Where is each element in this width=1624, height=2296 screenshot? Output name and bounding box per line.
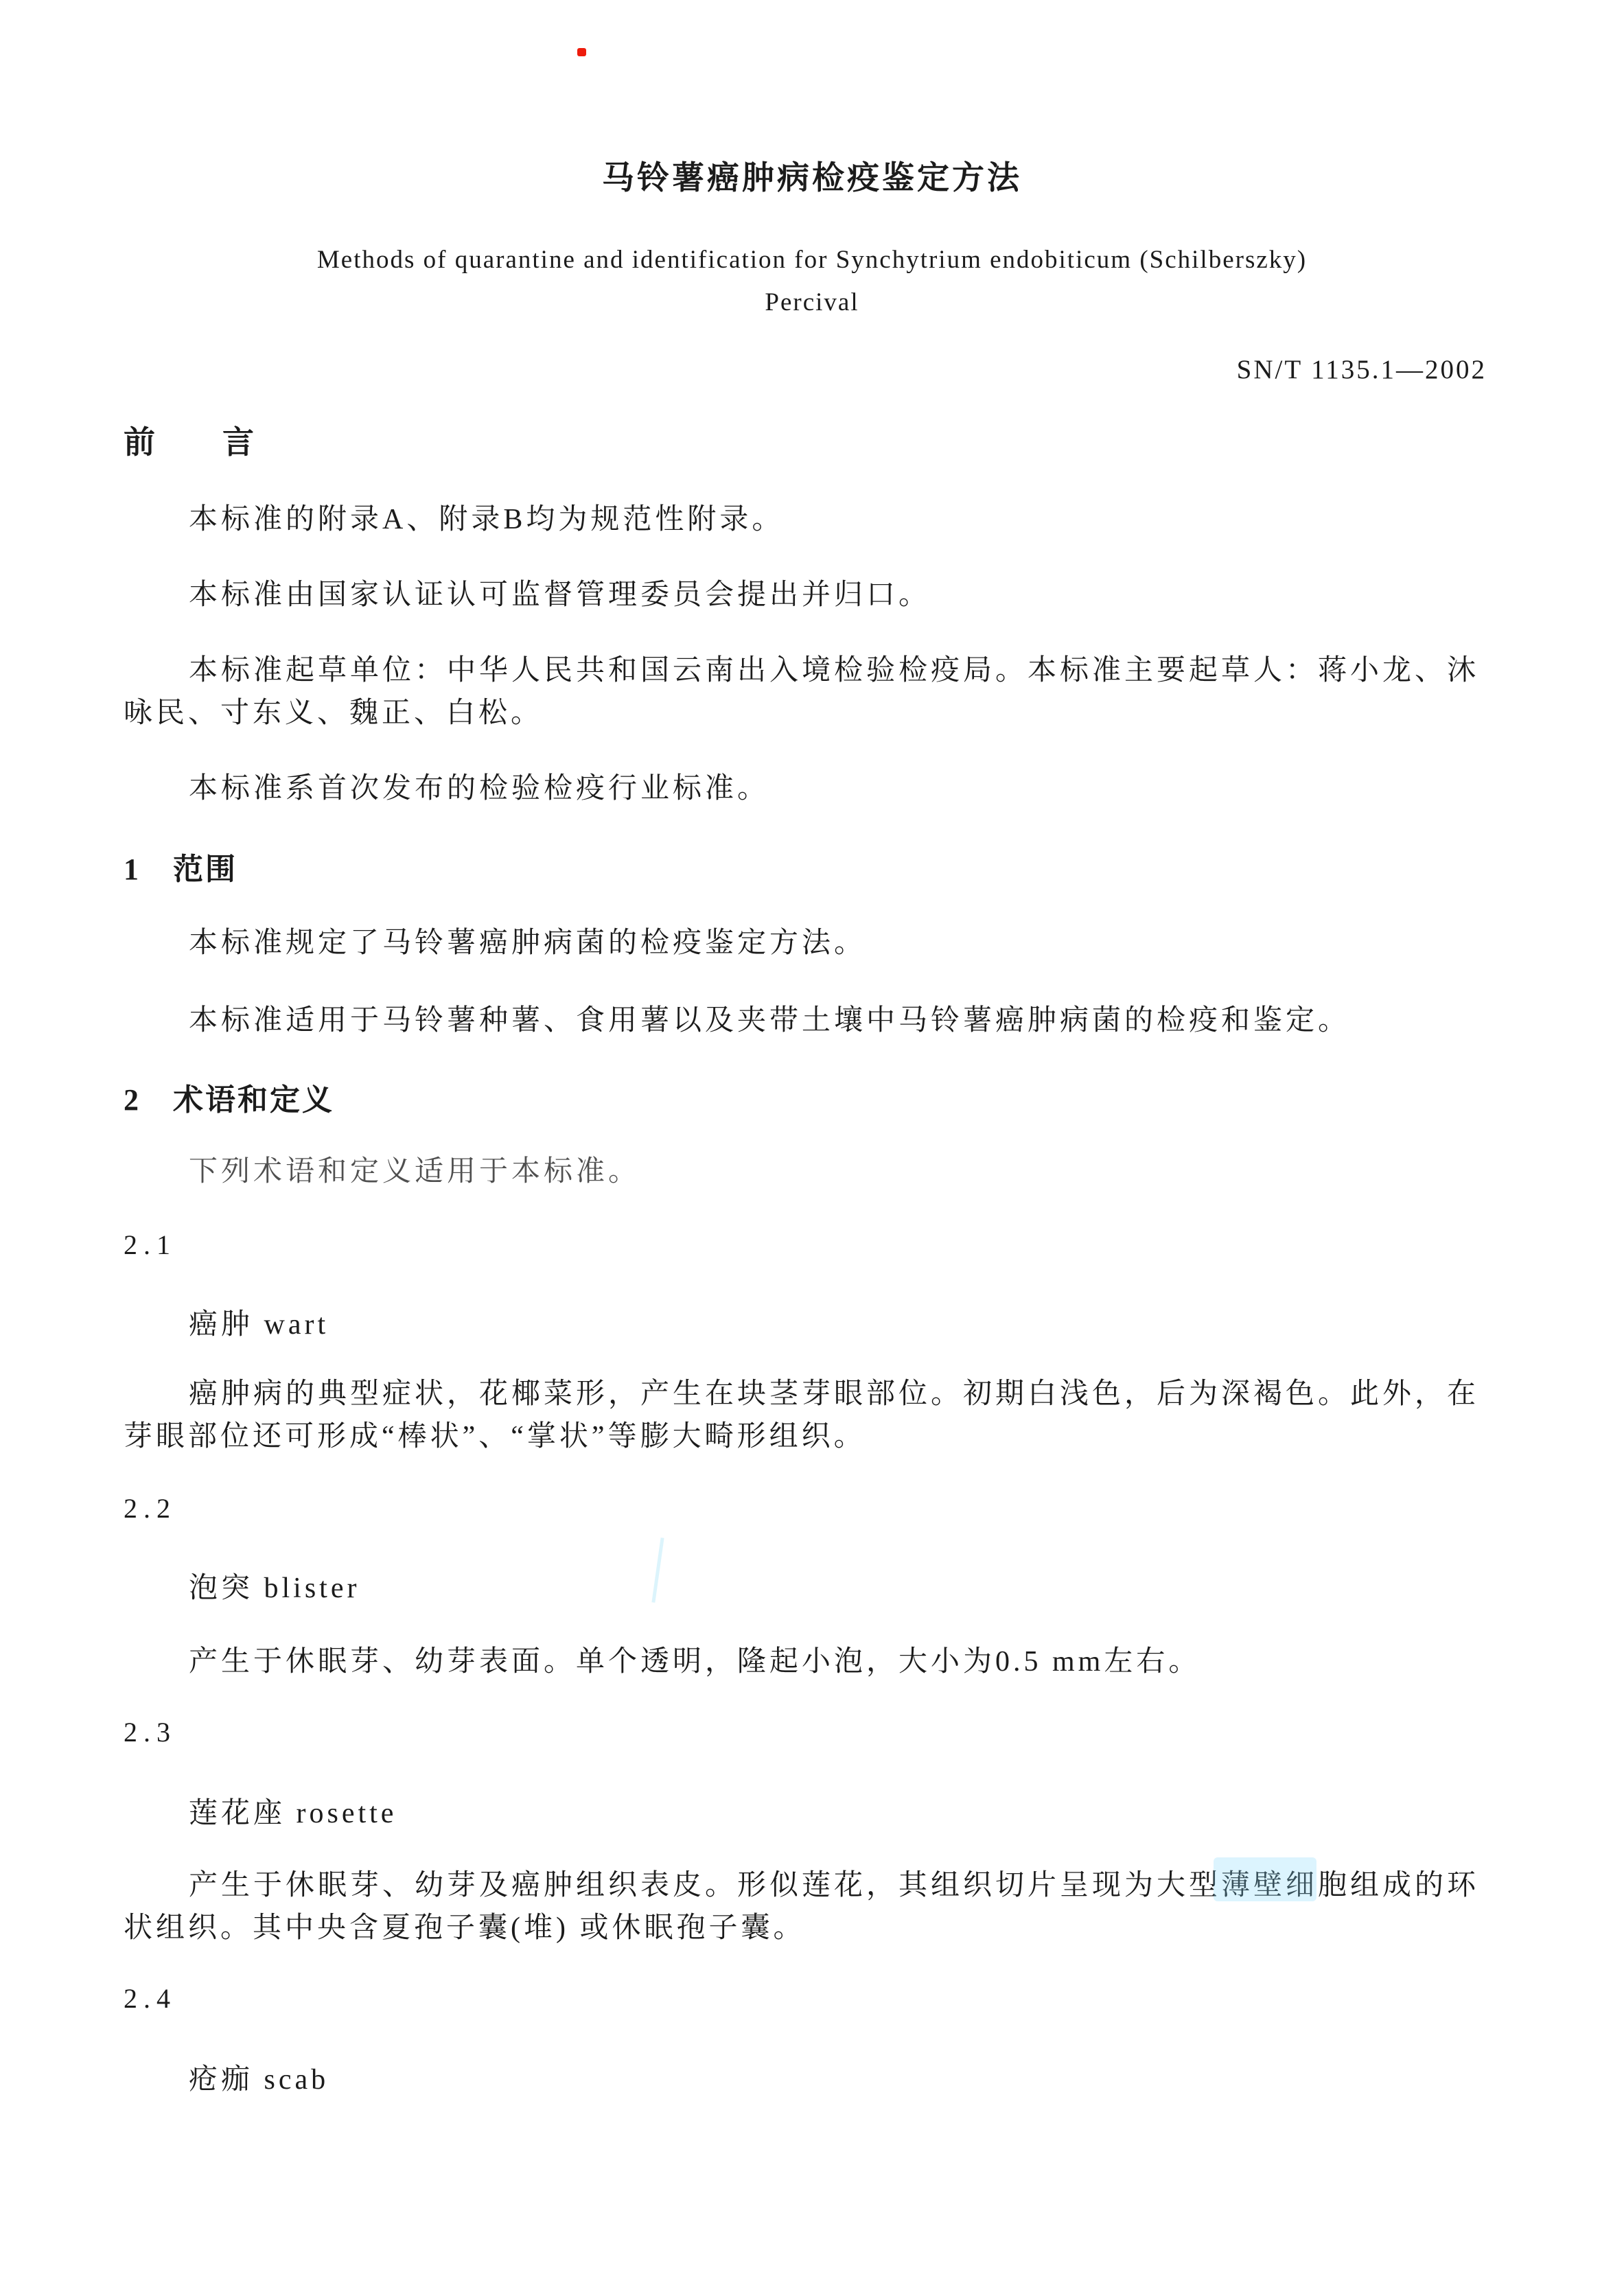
- term-2-2-definition: 产生于休眠芽、幼芽表面。单个透明，隆起小泡，大小为0.5 mm左右。: [124, 1640, 1503, 1683]
- foreword-paragraph-4: 本标准系首次发布的检验检疫行业标准。: [124, 767, 1503, 810]
- scope-heading: 1 范围: [124, 844, 237, 888]
- document-title-en-line2: Percival: [55, 281, 1569, 324]
- document-title-en: Methods of quarantine and identification…: [55, 239, 1569, 324]
- term-2-1-name: 癌肿 wart: [189, 1301, 329, 1343]
- term-2-2-number: 2.2: [124, 1492, 176, 1524]
- standard-number: SN/T 1135.1—2002: [124, 354, 1487, 385]
- term-2-3-number: 2.3: [124, 1716, 176, 1748]
- term-2-2-name: 泡突 blister: [189, 1565, 360, 1606]
- document-page: 马铃薯癌肿病检疫鉴定方法 Methods of quarantine and i…: [0, 0, 1624, 2296]
- terms-intro: 下列术语和定义适用于本标准。: [124, 1150, 1503, 1193]
- term-2-3-name: 莲花座 rosette: [189, 1790, 397, 1831]
- foreword-paragraph-3: 本标准起草单位：中华人民共和国云南出入境检验检疫局。本标准主要起草人：蒋小龙、沐…: [124, 649, 1503, 734]
- term-2-4-name: 疮痂 scab: [189, 2056, 329, 2098]
- foreword-paragraph-2: 本标准由国家认证认可监督管理委员会提出并归口。: [124, 574, 1503, 616]
- scope-paragraph-1: 本标准规定了马铃薯癌肿病菌的检疫鉴定方法。: [124, 922, 1503, 964]
- term-2-1-definition: 癌肿病的典型症状，花椰菜形，产生在块茎芽眼部位。初期白浅色，后为深褐色。此外，在…: [124, 1373, 1503, 1458]
- red-ink-mark: [577, 48, 586, 56]
- scope-paragraph-2: 本标准适用于马铃薯种薯、食用薯以及夹带土壤中马铃薯癌肿病菌的检疫和鉴定。: [124, 999, 1503, 1042]
- term-2-4-number: 2.4: [124, 1982, 176, 2015]
- document-title-en-line1: Methods of quarantine and identification…: [55, 239, 1569, 281]
- document-title-zh: 马铃薯癌肿病检疫鉴定方法: [0, 152, 1624, 198]
- foreword-paragraph-1: 本标准的附录A、附录B均为规范性附录。: [124, 498, 1503, 541]
- term-2-1-number: 2.1: [124, 1229, 176, 1261]
- foreword-heading: 前 言: [124, 417, 255, 463]
- scan-artifact-highlight: [1214, 1857, 1316, 1901]
- scan-artifact-streak: [651, 1538, 664, 1603]
- terms-heading: 2 术语和定义: [124, 1075, 334, 1119]
